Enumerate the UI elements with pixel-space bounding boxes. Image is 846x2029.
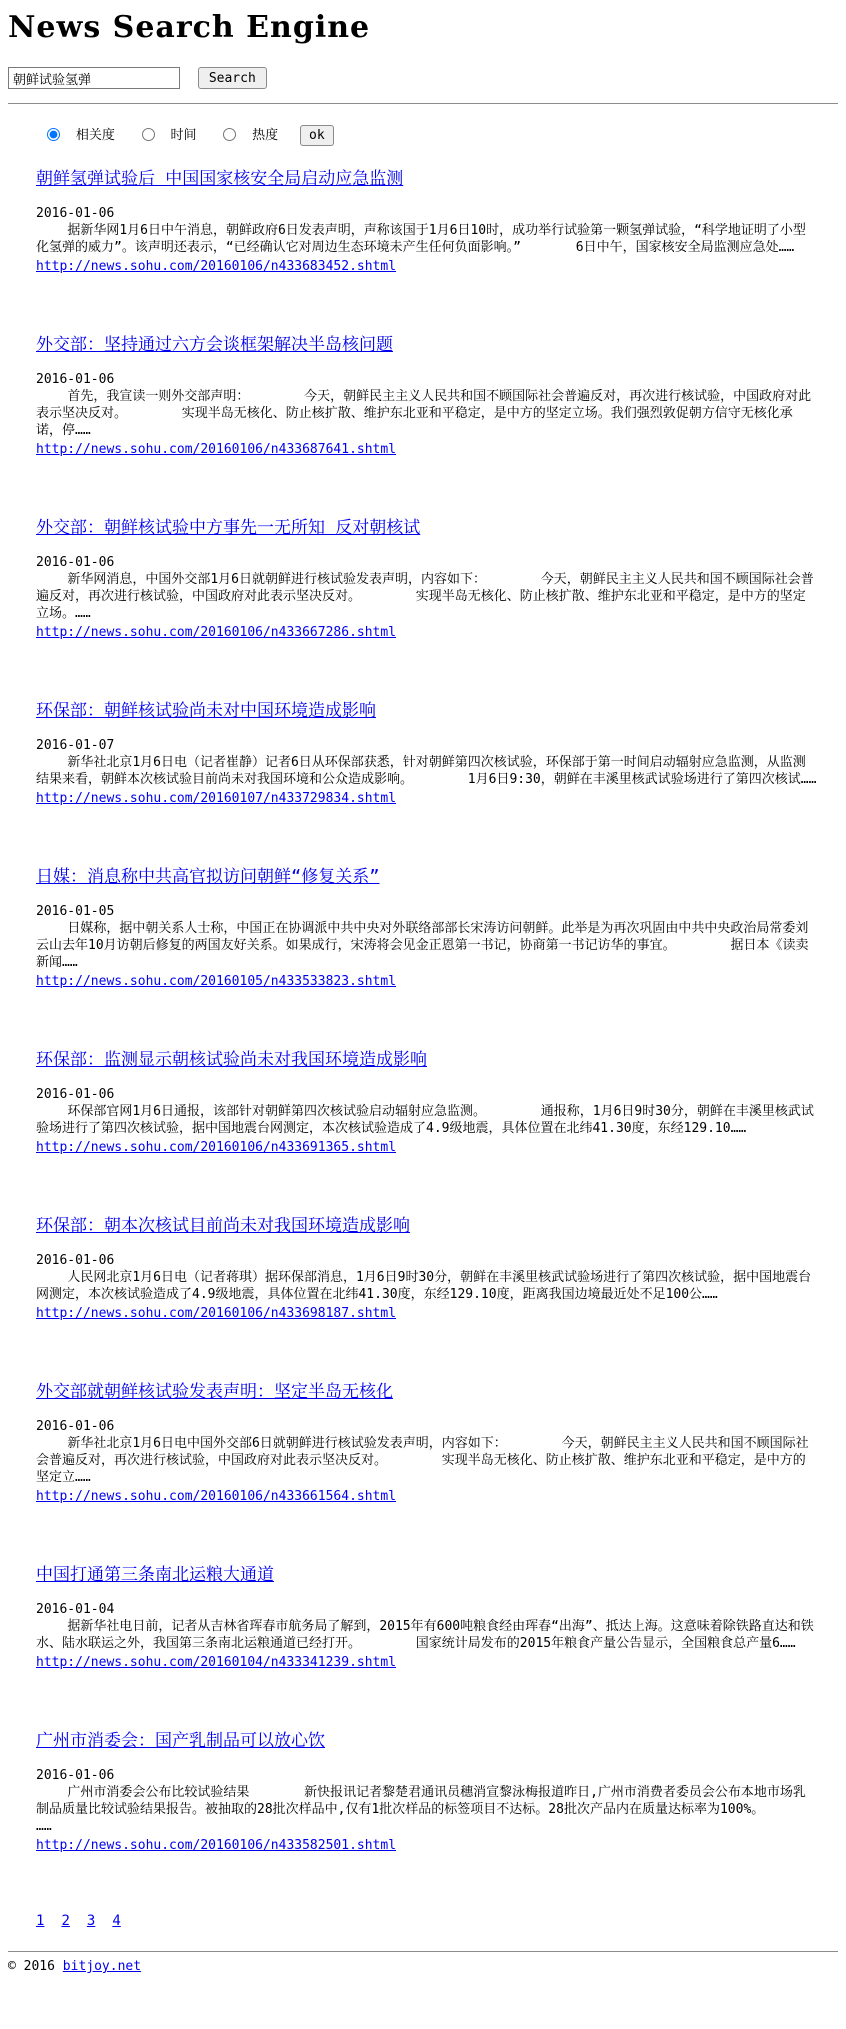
result-title: 环保部：监测显示朝核试验尚未对我国环境造成影响 (36, 1045, 818, 1070)
result-url-link[interactable]: http://news.sohu.com/20160106/n433661564… (36, 1489, 396, 1504)
result-url-link[interactable]: http://news.sohu.com/20160106/n433683452… (36, 259, 396, 274)
result-url: http://news.sohu.com/20160106/n433667286… (36, 623, 818, 642)
result-date: 2016-01-06 (36, 1252, 818, 1269)
result-date: 2016-01-05 (36, 903, 818, 920)
search-button[interactable]: Search (198, 67, 267, 89)
search-result: 环保部：朝鲜核试验尚未对中国环境造成影响 2016-01-07 新华社北京1月6… (36, 696, 818, 808)
results-list: 朝鲜氢弹试验后 中国国家核安全局启动应急监测 2016-01-06 据新华网1月… (36, 164, 818, 1855)
search-result: 外交部：朝鲜核试验中方事先一无所知 反对朝核试 2016-01-06 新华网消息… (36, 513, 818, 642)
result-title-link[interactable]: 环保部：监测显示朝核试验尚未对我国环境造成影响 (36, 1050, 427, 1070)
search-form: Search (8, 67, 838, 89)
result-title-link[interactable]: 环保部：朝本次核试目前尚未对我国环境造成影响 (36, 1216, 410, 1236)
sort-radio-relevance[interactable] (47, 128, 60, 141)
sort-option-relevance: 相关度 (42, 128, 123, 143)
sort-option-label: 相关度 (76, 128, 115, 143)
search-result: 广州市消委会：国产乳制品可以放心饮 2016-01-06 广州市消委会公布比较试… (36, 1726, 818, 1855)
result-title-link[interactable]: 中国打通第三条南北运粮大通道 (36, 1565, 274, 1585)
result-title: 广州市消委会：国产乳制品可以放心饮 (36, 1726, 818, 1751)
result-snippet: 新华社北京1月6日电中国外交部6日就朝鲜进行核试验发表声明，内容如下： 今天，朝… (36, 1435, 818, 1486)
sort-option-label: 时间 (171, 128, 197, 143)
result-date: 2016-01-06 (36, 1086, 818, 1103)
result-snippet: 环保部官网1月6日通报，该部针对朝鲜第四次核试验启动辐射应急监测。 通报称，1月… (36, 1103, 818, 1137)
result-title: 日媒：消息称中共高官拟访问朝鲜“修复关系” (36, 862, 818, 887)
result-url-link[interactable]: http://news.sohu.com/20160106/n433687641… (36, 442, 396, 457)
search-result: 日媒：消息称中共高官拟访问朝鲜“修复关系” 2016-01-05 日媒称，据中朝… (36, 862, 818, 991)
result-title-link[interactable]: 环保部：朝鲜核试验尚未对中国环境造成影响 (36, 701, 376, 721)
footer-site-link[interactable]: bitjoy.net (63, 1959, 141, 1974)
sort-option-time: 时间 (137, 128, 205, 143)
result-title-link[interactable]: 外交部：朝鲜核试验中方事先一无所知 反对朝核试 (36, 518, 420, 538)
result-url: http://news.sohu.com/20160106/n433691365… (36, 1138, 818, 1157)
header-divider (8, 103, 838, 104)
copyright-text: © 2016 (8, 1959, 55, 1974)
result-title-link[interactable]: 外交部就朝鲜核试验发表声明：坚定半岛无核化 (36, 1382, 393, 1402)
search-result: 外交部：坚持通过六方会谈框架解决半岛核问题 2016-01-06 首先，我宣读一… (36, 330, 818, 459)
result-snippet: 日媒称，据中朝关系人士称，中国正在协调派中共中央对外联络部部长宋涛访问朝鲜。此举… (36, 920, 818, 971)
result-date: 2016-01-06 (36, 1418, 818, 1435)
result-snippet: 新华社北京1月6日电（记者崔静）记者6日从环保部获悉，针对朝鲜第四次核试验，环保… (36, 754, 818, 788)
result-snippet: 人民网北京1月6日电（记者蒋琪）据环保部消息，1月6日9时30分，朝鲜在丰溪里核… (36, 1269, 818, 1303)
result-url-link[interactable]: http://news.sohu.com/20160106/n433667286… (36, 625, 396, 640)
result-snippet: 首先，我宣读一则外交部声明： 今天，朝鲜民主主义人民共和国不顾国际社会普遍反对，… (36, 388, 818, 439)
result-snippet: 据新华社电日前，记者从吉林省珲春市航务局了解到，2015年有600吨粮食经由珲春… (36, 1618, 818, 1652)
result-date: 2016-01-06 (36, 1767, 818, 1784)
result-title: 环保部：朝鲜核试验尚未对中国环境造成影响 (36, 696, 818, 721)
result-url-link[interactable]: http://news.sohu.com/20160106/n433582501… (36, 1838, 396, 1853)
result-url: http://news.sohu.com/20160106/n433582501… (36, 1836, 818, 1855)
search-result: 中国打通第三条南北运粮大通道 2016-01-04 据新华社电日前，记者从吉林省… (36, 1560, 818, 1672)
result-url: http://news.sohu.com/20160106/n433698187… (36, 1304, 818, 1323)
result-title-link[interactable]: 广州市消委会：国产乳制品可以放心饮 (36, 1731, 325, 1751)
result-date: 2016-01-07 (36, 737, 818, 754)
result-title: 外交部：坚持通过六方会谈框架解决半岛核问题 (36, 330, 818, 355)
search-result: 环保部：监测显示朝核试验尚未对我国环境造成影响 2016-01-06 环保部官网… (36, 1045, 818, 1157)
page-link-3[interactable]: 3 (87, 1913, 95, 1929)
footer-copyright: © 2016 bitjoy.net (8, 1959, 838, 1974)
result-url-link[interactable]: http://news.sohu.com/20160107/n433729834… (36, 791, 396, 806)
result-date: 2016-01-06 (36, 205, 818, 222)
result-snippet: 据新华网1月6日中午消息，朝鲜政府6日发表声明，声称该国于1月6日10时，成功举… (36, 222, 818, 256)
result-url-link[interactable]: http://news.sohu.com/20160104/n433341239… (36, 1655, 396, 1670)
result-url-link[interactable]: http://news.sohu.com/20160106/n433691365… (36, 1140, 396, 1155)
page-title: News Search Engine (8, 10, 838, 45)
search-result: 环保部：朝本次核试目前尚未对我国环境造成影响 2016-01-06 人民网北京1… (36, 1211, 818, 1323)
sort-form: 相关度 时间 热度 ok (42, 124, 838, 146)
page-link-4[interactable]: 4 (112, 1913, 120, 1929)
result-title-link[interactable]: 日媒：消息称中共高官拟访问朝鲜“修复关系” (36, 867, 379, 887)
result-title-link[interactable]: 外交部：坚持通过六方会谈框架解决半岛核问题 (36, 335, 393, 355)
sort-option-popularity: 热度 (218, 128, 286, 143)
result-url-link[interactable]: http://news.sohu.com/20160105/n433533823… (36, 974, 396, 989)
result-title-link[interactable]: 朝鲜氢弹试验后 中国国家核安全局启动应急监测 (36, 169, 403, 189)
result-url: http://news.sohu.com/20160106/n433661564… (36, 1487, 818, 1506)
result-url: http://news.sohu.com/20160104/n433341239… (36, 1653, 818, 1672)
result-url: http://news.sohu.com/20160107/n433729834… (36, 789, 818, 808)
result-url-link[interactable]: http://news.sohu.com/20160106/n433698187… (36, 1306, 396, 1321)
search-input[interactable] (8, 67, 180, 89)
sort-radio-time[interactable] (142, 128, 155, 141)
result-date: 2016-01-06 (36, 554, 818, 571)
pagination: 1234 (36, 1913, 838, 1929)
search-result: 外交部就朝鲜核试验发表声明：坚定半岛无核化 2016-01-06 新华社北京1月… (36, 1377, 818, 1506)
result-title: 中国打通第三条南北运粮大通道 (36, 1560, 818, 1585)
sort-radio-popularity[interactable] (223, 128, 236, 141)
result-snippet: 新华网消息，中国外交部1月6日就朝鲜进行核试验发表声明，内容如下： 今天，朝鲜民… (36, 571, 818, 622)
result-title: 外交部：朝鲜核试验中方事先一无所知 反对朝核试 (36, 513, 818, 538)
sort-ok-button[interactable]: ok (300, 125, 334, 146)
result-snippet: 广州市消委会公布比较试验结果 新快报讯记者黎楚君通讯员穗消宣黎泳梅报道昨日,广州… (36, 1784, 818, 1835)
search-result: 朝鲜氢弹试验后 中国国家核安全局启动应急监测 2016-01-06 据新华网1月… (36, 164, 818, 276)
page-link-1[interactable]: 1 (36, 1913, 44, 1929)
page-footer: © 2016 bitjoy.net (8, 1951, 838, 1974)
result-title: 朝鲜氢弹试验后 中国国家核安全局启动应急监测 (36, 164, 818, 189)
footer-divider (8, 1951, 838, 1952)
result-url: http://news.sohu.com/20160105/n433533823… (36, 972, 818, 991)
result-url: http://news.sohu.com/20160106/n433683452… (36, 257, 818, 276)
result-date: 2016-01-06 (36, 371, 818, 388)
result-url: http://news.sohu.com/20160106/n433687641… (36, 440, 818, 459)
result-title: 环保部：朝本次核试目前尚未对我国环境造成影响 (36, 1211, 818, 1236)
result-title: 外交部就朝鲜核试验发表声明：坚定半岛无核化 (36, 1377, 818, 1402)
sort-option-label: 热度 (252, 128, 278, 143)
result-date: 2016-01-04 (36, 1601, 818, 1618)
page-link-2[interactable]: 2 (61, 1913, 69, 1929)
